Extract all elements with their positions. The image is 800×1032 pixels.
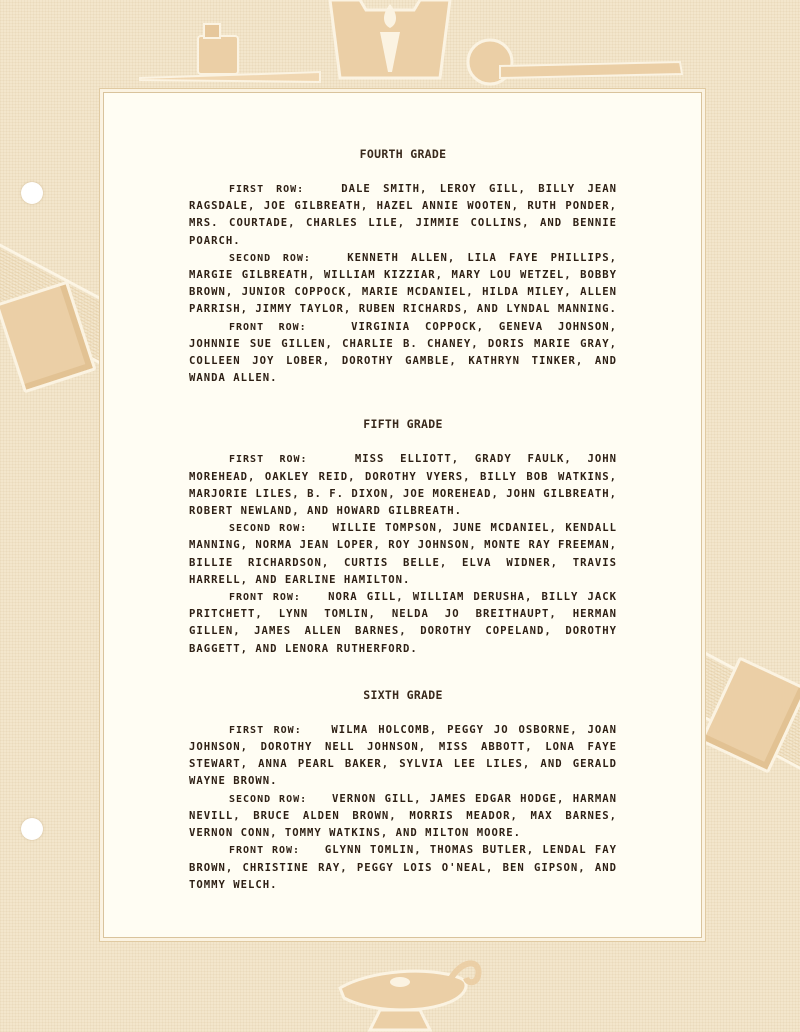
section-fifth-grade: FIFTH GRADE First row: Miss Elliott, Gra…	[189, 417, 617, 657]
row-label: First row:	[229, 184, 304, 195]
roster-paragraph: Front row: Virginia Coppock, Geneva John…	[189, 319, 617, 388]
roster-paragraph: Front row: Glynn Tomlin, Thomas Butler, …	[189, 842, 617, 894]
section-title: FIFTH GRADE	[189, 417, 617, 431]
section-fourth-grade: FOURTH GRADE First row: Dale Smith, Lero…	[189, 147, 617, 387]
roster-paragraph: Second row: Vernon Gill, James Edgar Hod…	[189, 791, 617, 843]
row-label: Front row:	[229, 322, 307, 333]
section-sixth-grade: SIXTH GRADE First row: Wilma Holcomb, Pe…	[189, 688, 617, 894]
row-label: Front row:	[229, 592, 301, 603]
row-label: Second row:	[229, 523, 307, 534]
roster-paragraph: Second row: Willie Tompson, June McDanie…	[189, 520, 617, 589]
roster-paragraph: First row: Dale Smith, Leroy Gill, Billy…	[189, 181, 617, 250]
roster-paragraph: Front row: Nora Gill, William DeRusha, B…	[189, 589, 617, 658]
section-title: FOURTH GRADE	[189, 147, 617, 161]
row-label: Second row:	[229, 794, 307, 805]
torch-keystone-emblem-icon	[130, 0, 690, 92]
oil-lamp-icon	[330, 950, 490, 1032]
binder-hole-top	[21, 182, 43, 204]
roster-paragraph: First row: Wilma Holcomb, Peggy Jo Osbor…	[189, 722, 617, 791]
row-label: Second row:	[229, 253, 311, 264]
page-panel: FOURTH GRADE First row: Dale Smith, Lero…	[103, 92, 702, 938]
row-label: First row:	[229, 725, 302, 736]
section-title: SIXTH GRADE	[189, 688, 617, 702]
roster-paragraph: Second row: Kenneth Allen, Lila Faye Phi…	[189, 250, 617, 319]
roster-content: FOURTH GRADE First row: Dale Smith, Lero…	[189, 147, 617, 924]
roster-paragraph: First row: Miss Elliott, Grady Faulk, Jo…	[189, 451, 617, 520]
row-label: Front row:	[229, 845, 300, 856]
row-label: First row:	[229, 454, 308, 465]
binder-hole-bottom	[21, 818, 43, 840]
